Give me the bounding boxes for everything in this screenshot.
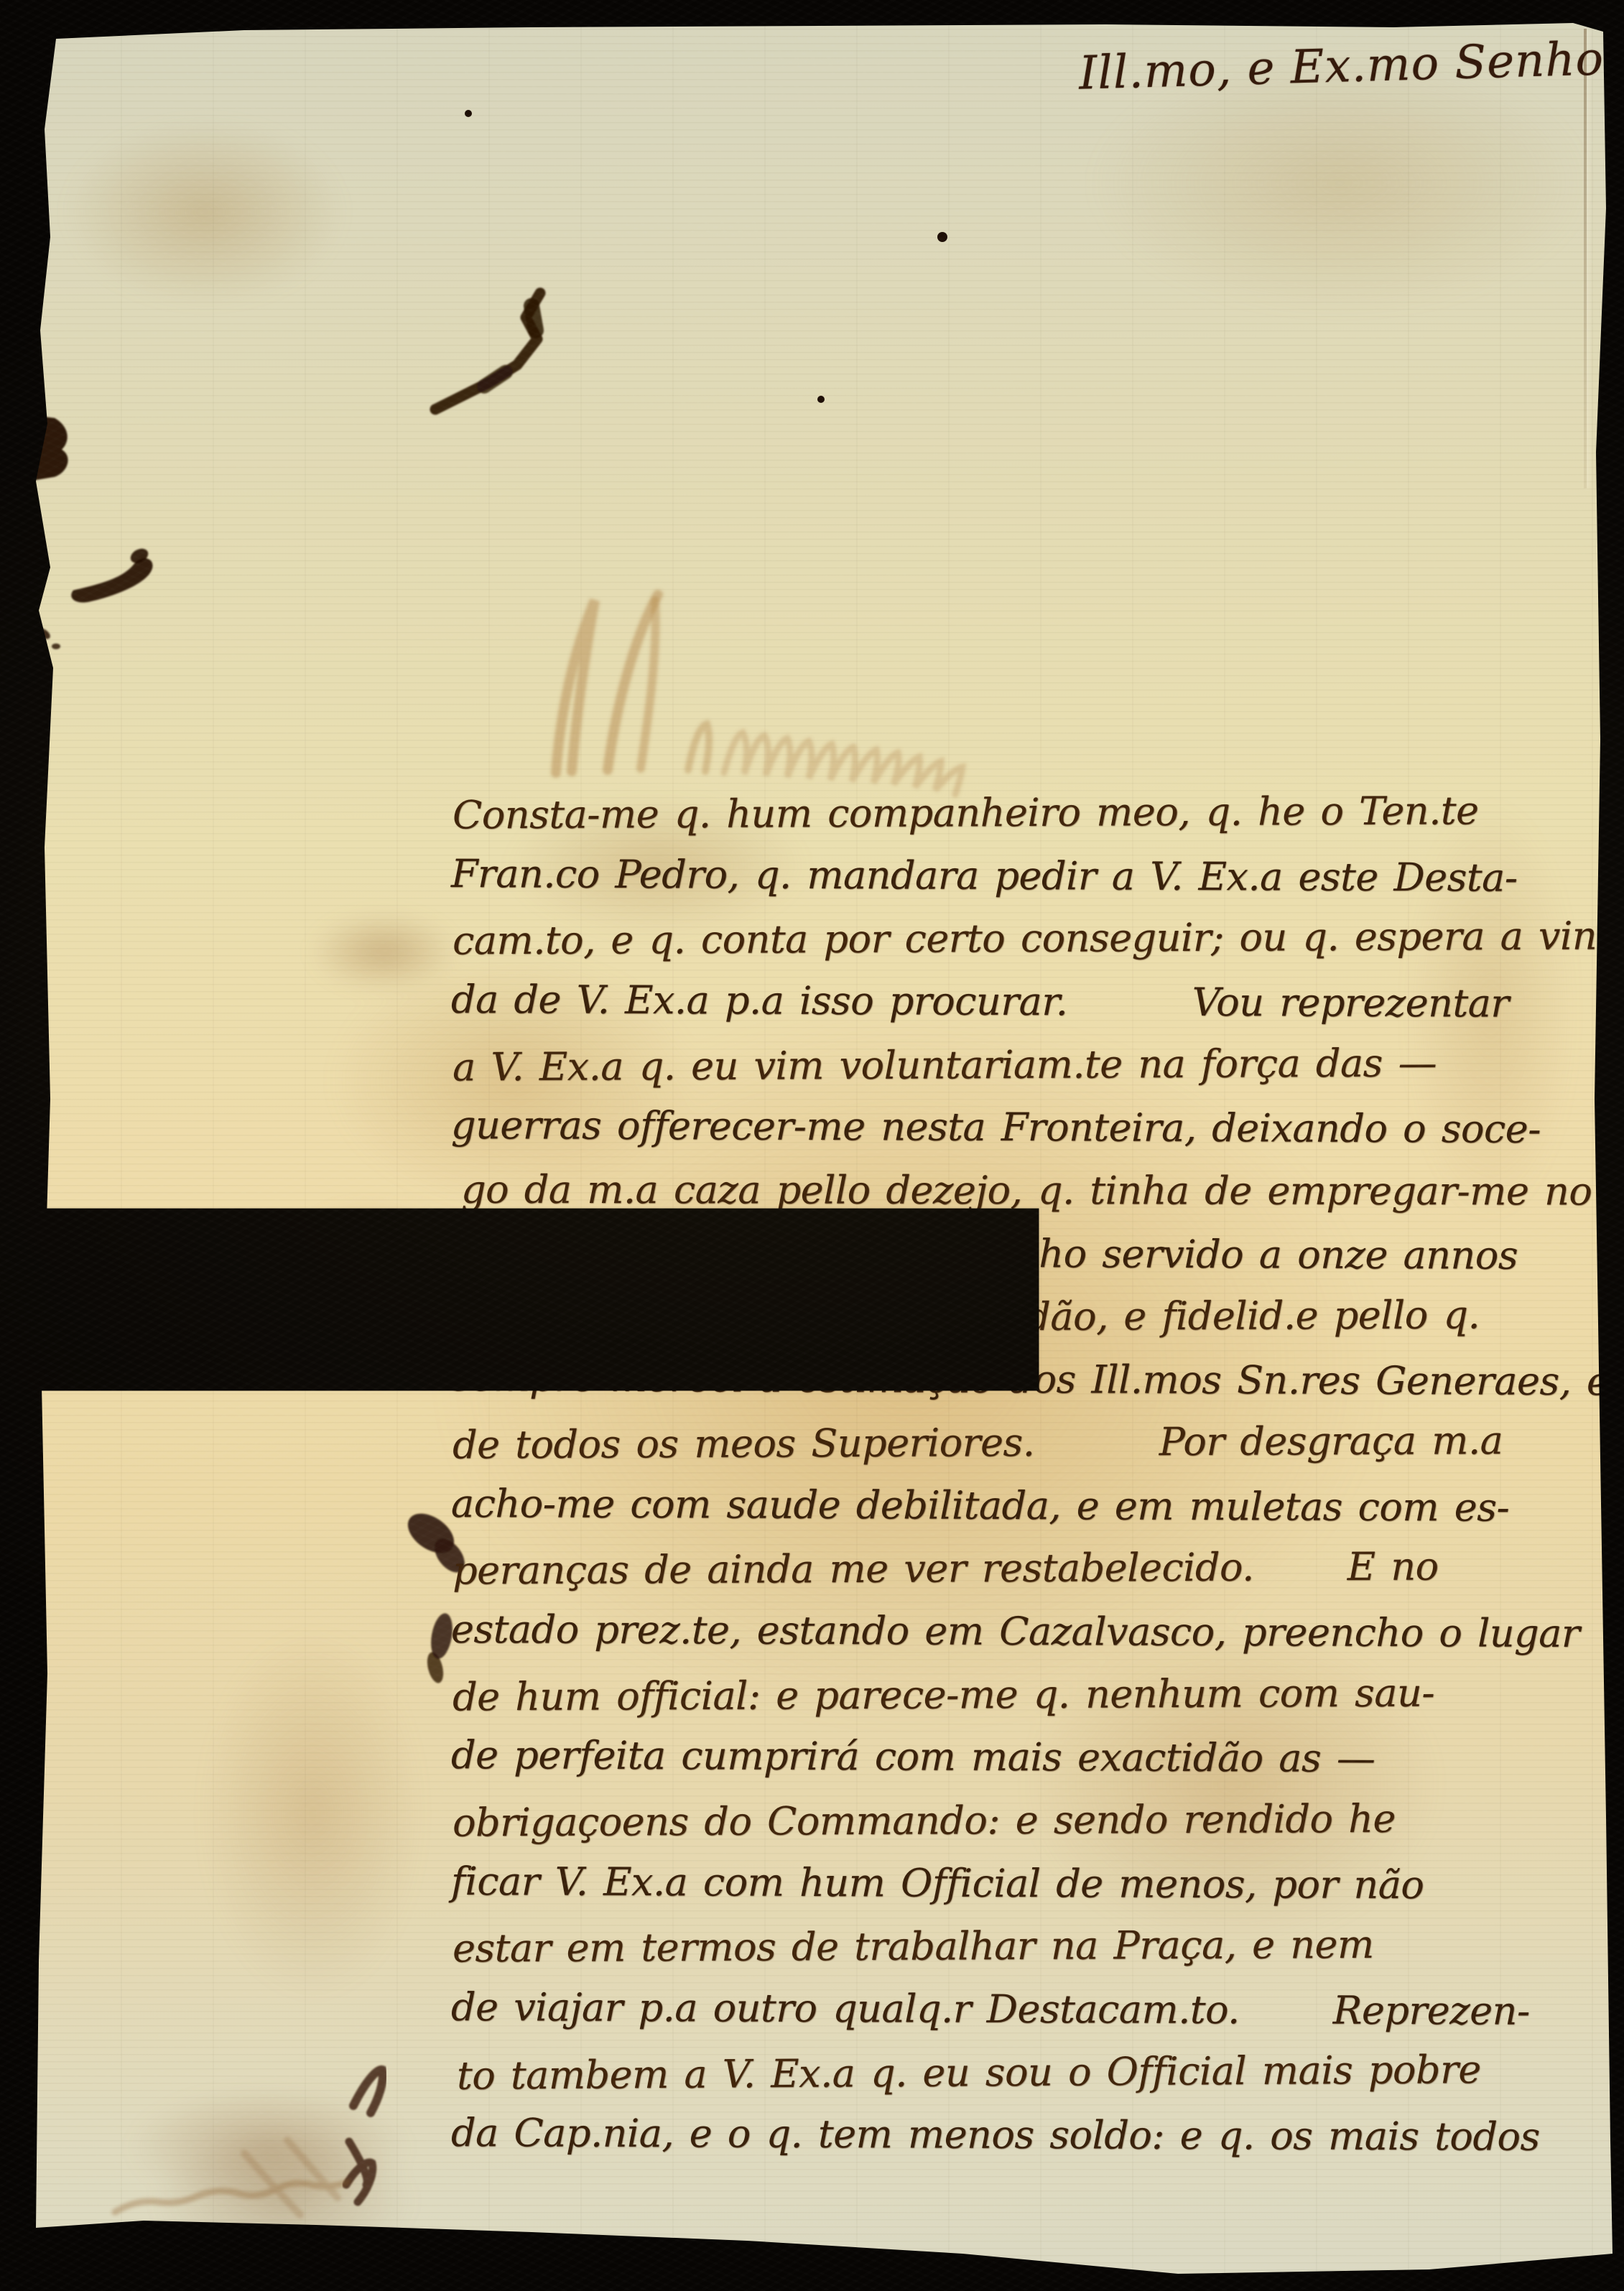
ink-blot-squiggle [435,293,540,409]
faded-ink-flourish [556,595,962,794]
manuscript-line: de viajar p.a outro qualq.r Destacam.to.… [451,1976,1586,2043]
manuscript-paper: Ill.mo, e Ex.mo Senhor. Consta-me q. hum… [29,22,1613,2277]
letter-body: Consta-me q. hum companheiro meo, q. he … [451,781,1586,2167]
manuscript-line: a V. Ex.a q. eu vim voluntariam.te na fo… [453,1031,1587,1099]
manuscript-line: to tambem a V. Ex.a q. eu sou o Official… [457,2037,1592,2107]
manuscript-line: de perfeita cumprirá com mais exactidão … [451,1724,1586,1791]
manuscript-line: estar em termos de trabalhar na Praça, e… [453,1913,1587,1981]
manuscript-line: peranças de ainda me ver restabelecido. … [453,1535,1587,1603]
ink-blot-left-edge [29,415,153,1382]
bleed-through-scrawl [115,2140,348,2215]
manuscript-line: de hum official: e parece-me q. nenhum c… [453,1660,1587,1729]
manuscript-line: Fran.co Pedro, q. mandara pedir a V. Ex.… [451,842,1586,910]
photo-backdrop: Ill.mo, e Ex.mo Senhor. Consta-me q. hum… [0,0,1624,2291]
manuscript-line: acho-me com saude debilitada, e em mulet… [451,1472,1586,1540]
manuscript-line: ficar V. Ex.a com hum Official de menos,… [451,1850,1586,1918]
manuscript-line: serviço de S. A. R., aonde tenho servido… [451,1220,1586,1288]
manuscript-line: go da m.a caza pello dezejo, q. tinha de… [461,1158,1596,1223]
manuscript-line: sempre mereci a estimação dos Ill.mos Sn… [451,1346,1586,1413]
manuscript-line: guerras offerecer-me nesta Fronteira, de… [451,1094,1586,1161]
manuscript-line: mais, ou menos com promptidão, e fidelid… [453,1283,1587,1351]
ink-transfer-marks [346,2070,383,2202]
manuscript-line: cam.to, e q. conta por certo conseguir; … [453,905,1587,973]
manuscript-line: Consta-me q. hum companheiro meo, q. he … [453,779,1587,847]
manuscript-line: da de V. Ex.a p.a isso procurar. Vou rep… [451,968,1586,1036]
manuscript-line: estado prez.te, estando em Cazalvasco, p… [451,1598,1586,1665]
ink-speck-dots [465,110,947,403]
manuscript-line: obrigaçoens do Commando: e sendo rendido… [453,1787,1587,1855]
manuscript-line: da Cap.nia, e o q. tem menos soldo: e q.… [451,2101,1586,2169]
manuscript-line: de todos os meos Superiores. Por desgraç… [453,1408,1587,1477]
